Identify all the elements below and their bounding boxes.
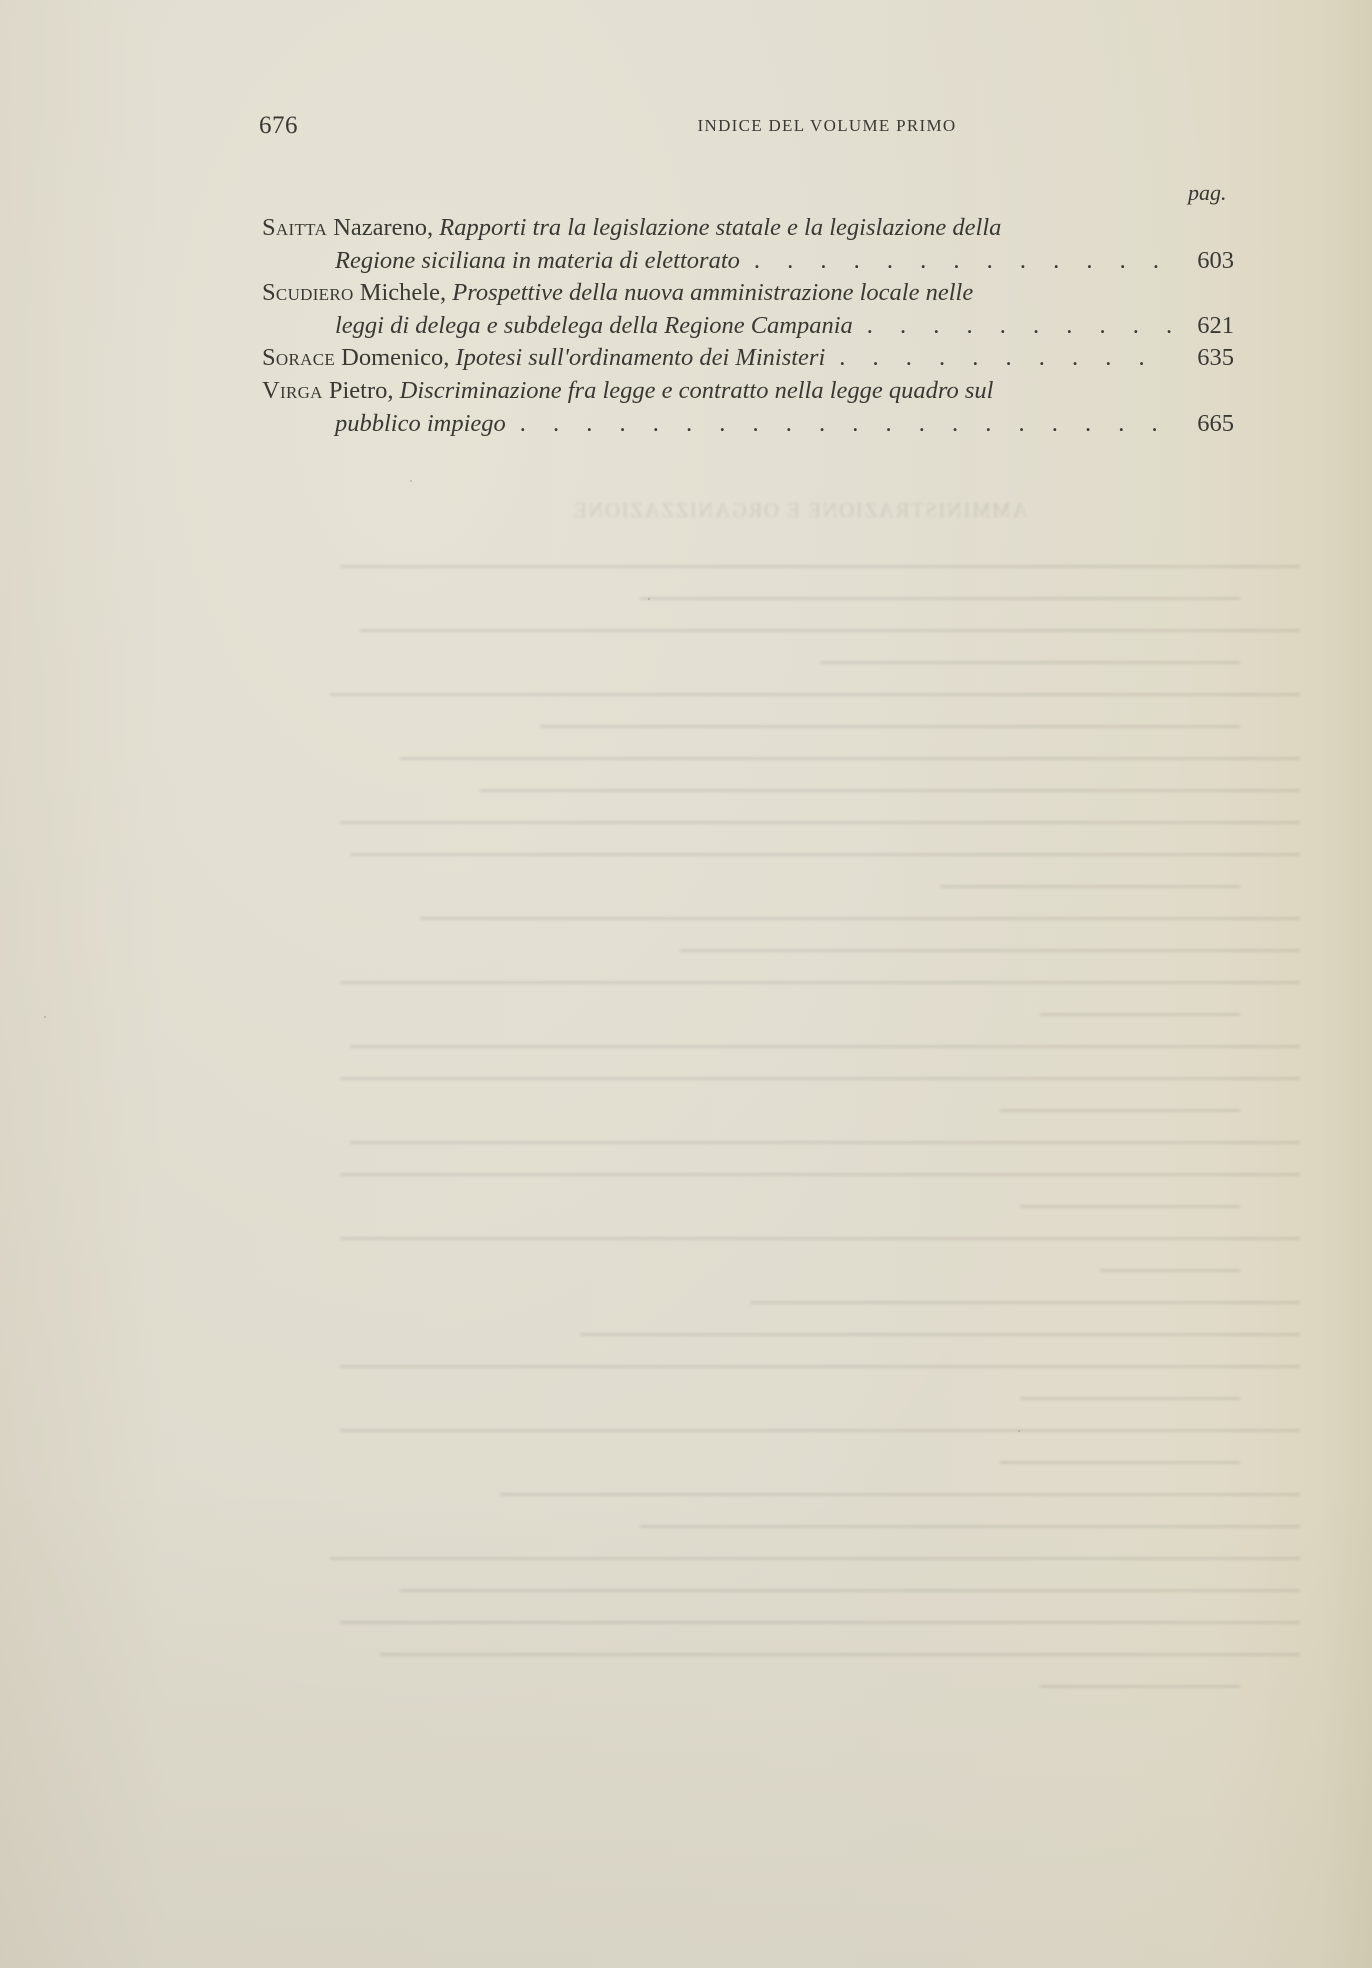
article-title: Prospettive della nuova amministrazione … — [452, 277, 973, 310]
paper-speck — [44, 1016, 46, 1018]
index-entry: Sorace Domenico, Ipotesi sull'ordinament… — [262, 342, 1234, 375]
author-surname: Sorace — [262, 342, 335, 375]
paper-speck — [410, 480, 412, 482]
article-title: Ipotesi sull'ordinamento dei Ministeri — [455, 342, 825, 375]
index-entry: Scudiero Michele, Prospettive della nuov… — [262, 277, 1234, 342]
index-list: Saitta Nazareno, Rapporti tra la legisla… — [262, 212, 1234, 440]
article-title-continued: leggi di delega e subdelega della Region… — [335, 310, 853, 343]
page-column-label: pag. — [1188, 180, 1227, 206]
show-through-heading: AMMINISTRAZIONE E ORGANIZZAZIONE — [300, 498, 1300, 523]
dot-leader — [839, 342, 1172, 375]
index-entry: Virga Pietro, Discriminazione fra legge … — [262, 375, 1234, 440]
paper-speck — [1018, 1430, 1020, 1432]
running-head: 676 INDICE DEL VOLUME PRIMO — [259, 112, 1245, 142]
entry-page-number: 635 — [1194, 342, 1234, 375]
author-given-name: Domenico, — [341, 342, 449, 375]
author-surname: Virga — [262, 375, 323, 408]
article-title: Discriminazione fra legge e contratto ne… — [400, 375, 994, 408]
index-entry: Saitta Nazareno, Rapporti tra la legisla… — [262, 212, 1234, 277]
article-title-continued: Regione siciliana in materia di elettora… — [335, 245, 740, 278]
entry-page-number: 665 — [1194, 408, 1234, 441]
author-given-name: Michele, — [360, 277, 446, 310]
dot-leader — [867, 310, 1172, 343]
author-surname: Saitta — [262, 212, 327, 245]
author-given-name: Pietro, — [329, 375, 394, 408]
entry-page-number: 603 — [1194, 245, 1234, 278]
entry-page-number: 621 — [1194, 310, 1234, 343]
author-surname: Scudiero — [262, 277, 354, 310]
author-given-name: Nazareno, — [333, 212, 433, 245]
paper-speck — [648, 598, 650, 600]
book-page: AMMINISTRAZIONE E ORGANIZZAZIONE — [0, 0, 1372, 1968]
dot-leader — [520, 408, 1172, 441]
show-through-text: AMMINISTRAZIONE E ORGANIZZAZIONE — [300, 480, 1300, 1720]
dot-leader — [754, 245, 1172, 278]
article-title-continued: pubblico impiego — [335, 408, 506, 441]
running-head-title: INDICE DEL VOLUME PRIMO — [259, 116, 1245, 136]
article-title: Rapporti tra la legislazione statale e l… — [439, 212, 1001, 245]
